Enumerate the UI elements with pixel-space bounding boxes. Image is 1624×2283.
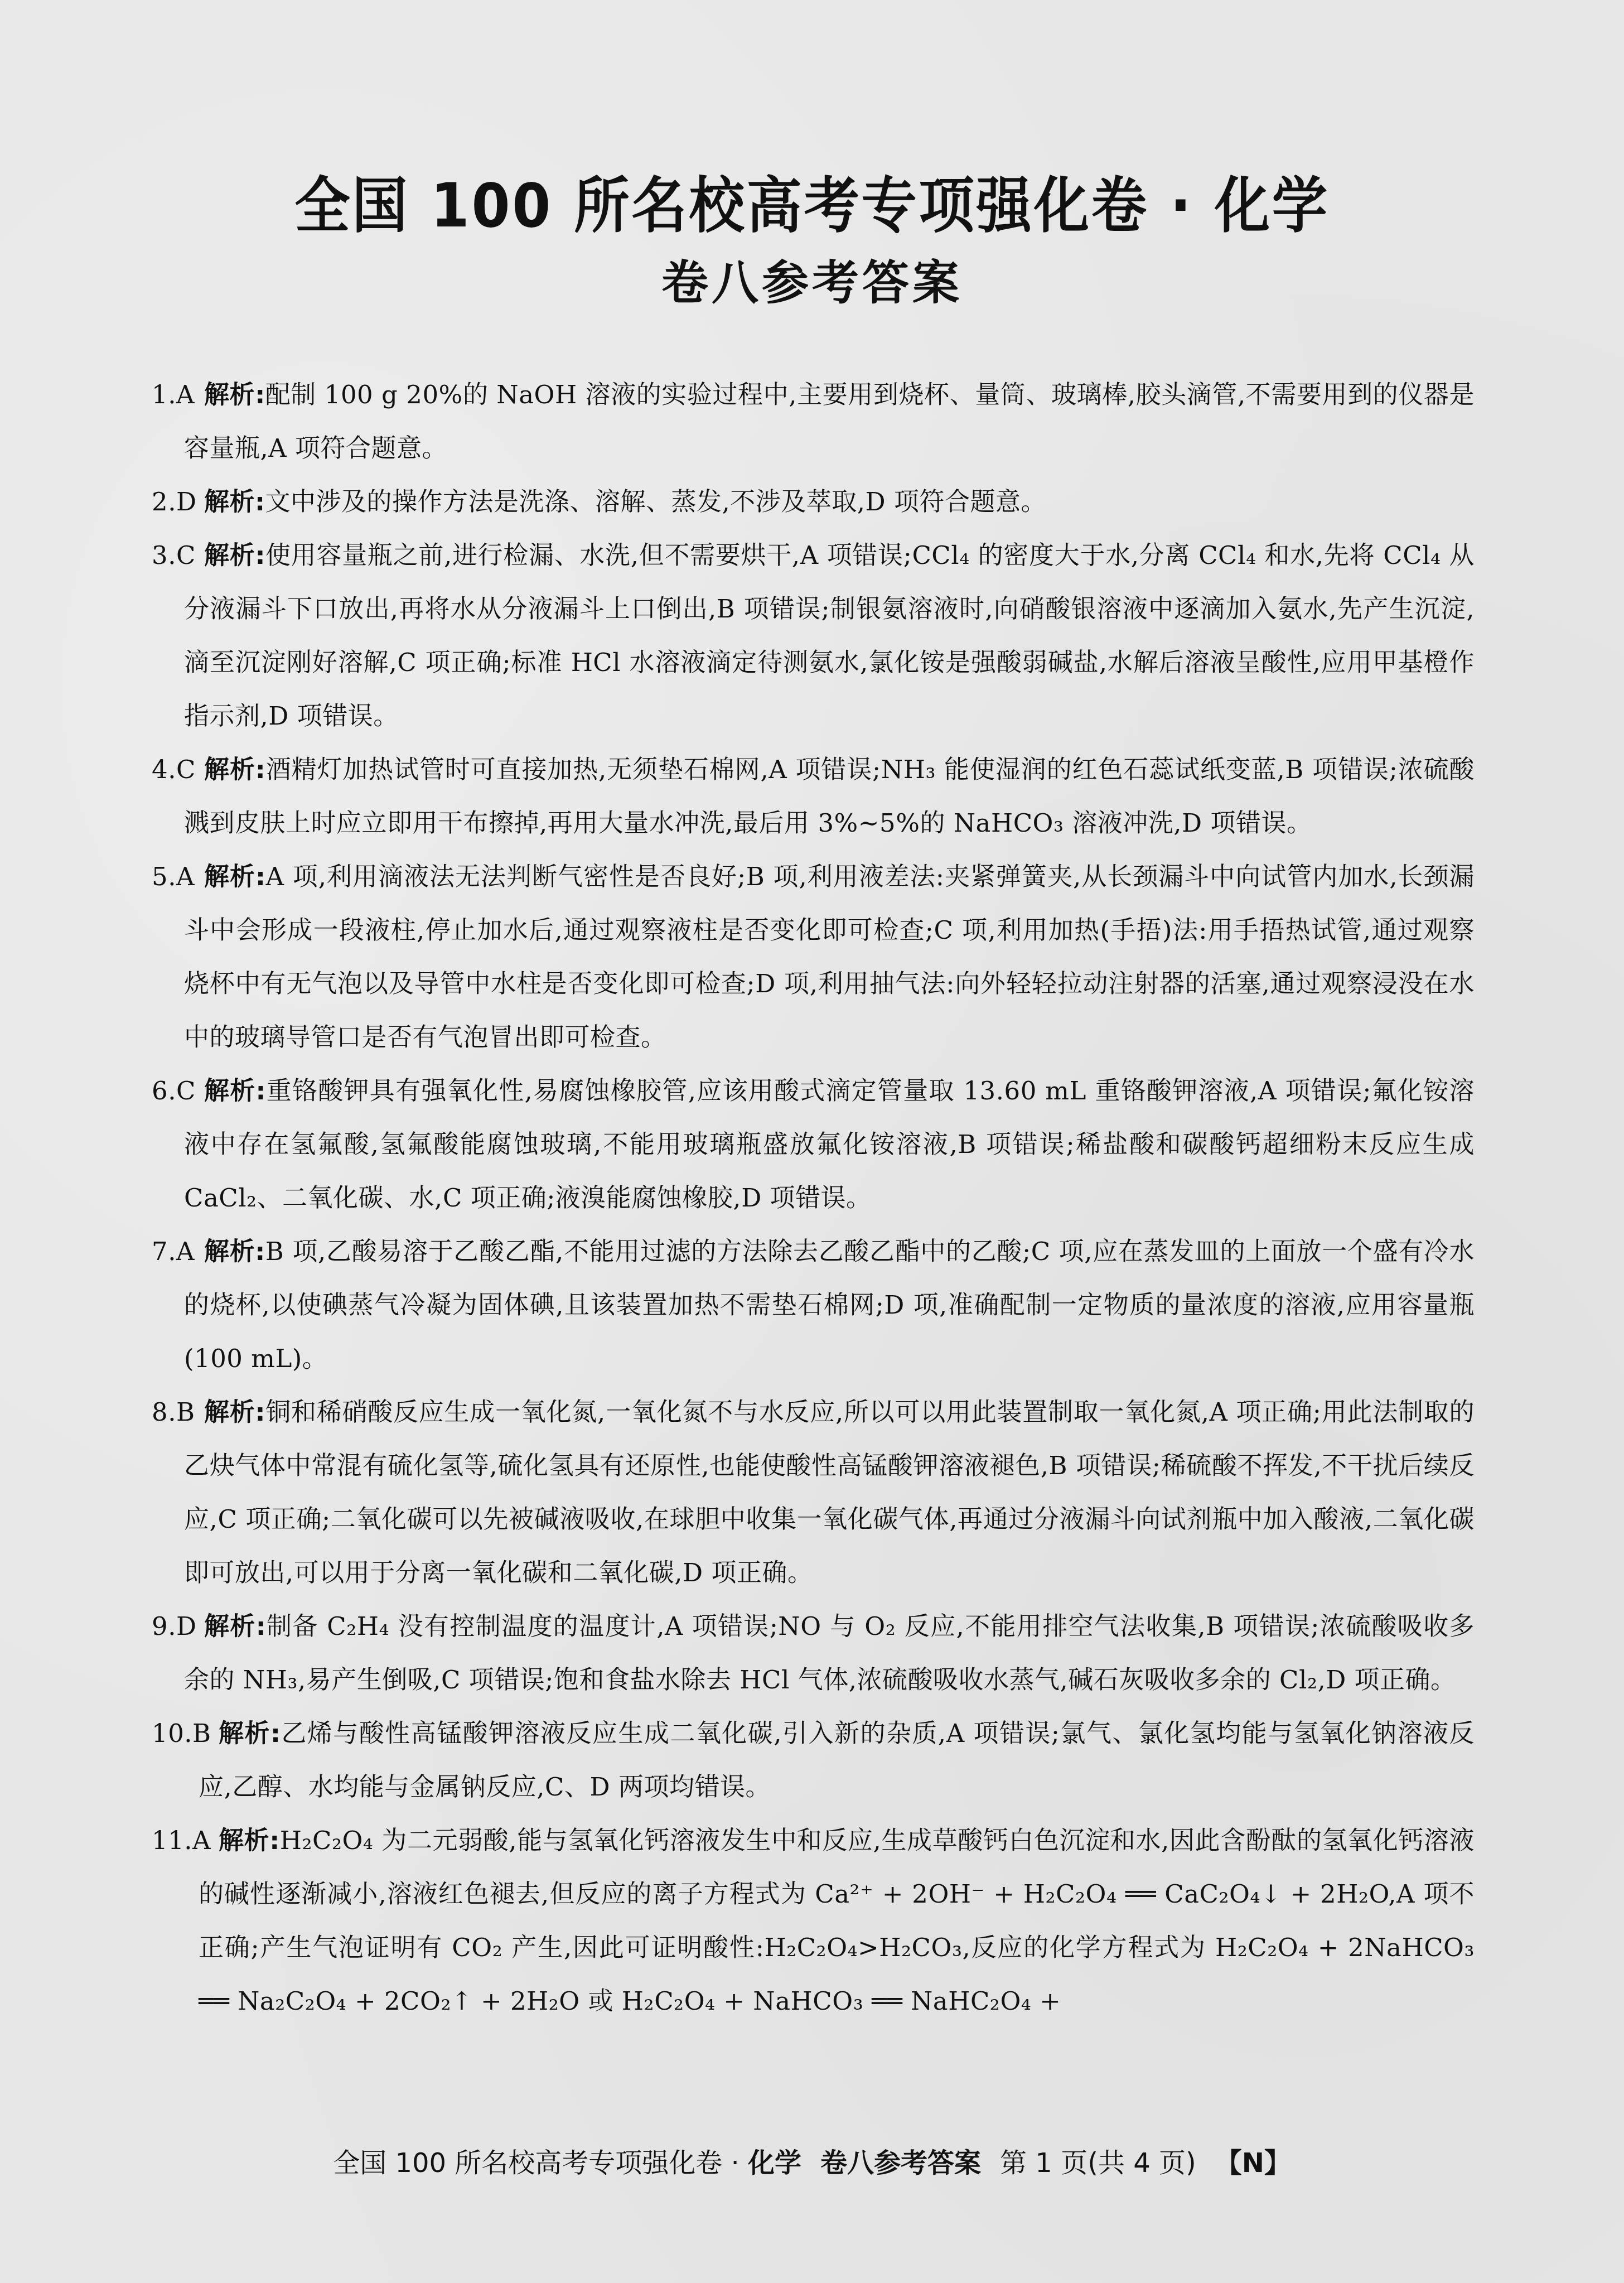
item-number-answer: 1.A <box>152 368 195 422</box>
analysis-label: 解析: <box>204 487 265 517</box>
item-number-answer: 5.A <box>152 850 195 904</box>
answer-item-6: 6.C 解析:重铬酸钾具有强氧化性,易腐蚀橡胶管,应该用酸式滴定管量取 13.6… <box>152 1064 1475 1225</box>
page-footer: 全国 100 所名校高考专项强化卷 · 化学卷八参考答案第 1 页(共 4 页)… <box>0 2141 1624 2185</box>
analysis-text: B 项,乙酸易溶于乙酸乙酯,不能用过滤的方法除去乙酸乙酯中的乙酸;C 项,应在蒸… <box>184 1237 1475 1373</box>
analysis-text: 酒精灯加热试管时可直接加热,无须垫石棉网,A 项错误;NH₃ 能使湿润的红色石蕊… <box>184 755 1475 838</box>
item-number-answer: 9.D <box>152 1600 197 1653</box>
answer-item-7: 7.A 解析:B 项,乙酸易溶于乙酸乙酯,不能用过滤的方法除去乙酸乙酯中的乙酸;… <box>152 1225 1475 1386</box>
footer-page-info: 第 1 页(共 4 页) <box>1000 2147 1196 2179</box>
analysis-label: 解析: <box>204 862 266 891</box>
analysis-text: 制备 C₂H₄ 没有控制温度的温度计,A 项错误;NO 与 O₂ 反应,不能用排… <box>184 1611 1475 1695</box>
footer-subject: 化学 <box>748 2147 801 2179</box>
footer-code: 【N】 <box>1215 2147 1291 2179</box>
item-number-answer: 2.D <box>152 475 197 529</box>
analysis-label: 解析: <box>204 1397 265 1427</box>
answer-item-9: 9.D 解析:制备 C₂H₄ 没有控制温度的温度计,A 项错误;NO 与 O₂ … <box>152 1600 1475 1707</box>
item-number-answer: 3.C <box>152 529 196 582</box>
analysis-label: 解析: <box>204 1611 266 1641</box>
answer-item-3: 3.C 解析:使用容量瓶之前,进行检漏、水洗,但不需要烘干,A 项错误;CCl₄… <box>152 529 1475 743</box>
analysis-label: 解析: <box>204 755 265 784</box>
footer-volume: 卷八参考答案 <box>820 2147 981 2179</box>
analysis-label: 解析: <box>204 1076 266 1106</box>
analysis-text: 铜和稀硝酸反应生成一氧化氮,一氧化氮不与水反应,所以可以用此装置制取一氧化氮,A… <box>184 1397 1475 1587</box>
item-number-answer: 10.B <box>152 1707 211 1760</box>
page-subtitle: 卷八参考答案 <box>0 252 1624 313</box>
answer-list: 1.A 解析:配制 100 g 20%的 NaOH 溶液的实验过程中,主要用到烧… <box>152 368 1475 2028</box>
analysis-text: 配制 100 g 20%的 NaOH 溶液的实验过程中,主要用到烧杯、量筒、玻璃… <box>184 380 1475 463</box>
analysis-text: 乙烯与酸性高锰酸钾溶液反应生成二氧化碳,引入新的杂质,A 项错误;氯气、氯化氢均… <box>199 1719 1475 1802</box>
analysis-label: 解析: <box>204 1237 265 1266</box>
analysis-text: 重铬酸钾具有强氧化性,易腐蚀橡胶管,应该用酸式滴定管量取 13.60 mL 重铬… <box>184 1076 1475 1213</box>
analysis-label: 解析: <box>204 380 265 409</box>
page-title: 全国 100 所名校高考专项强化卷 · 化学 <box>65 167 1559 245</box>
answer-item-8: 8.B 解析:铜和稀硝酸反应生成一氧化氮,一氧化氮不与水反应,所以可以用此装置制… <box>152 1386 1475 1600</box>
analysis-text: 使用容量瓶之前,进行检漏、水洗,但不需要烘干,A 项错误;CCl₄ 的密度大于水… <box>184 540 1475 731</box>
analysis-label: 解析: <box>219 1826 280 1855</box>
item-number-answer: 7.A <box>152 1225 195 1278</box>
answer-item-1: 1.A 解析:配制 100 g 20%的 NaOH 溶液的实验过程中,主要用到烧… <box>152 368 1475 475</box>
analysis-text: A 项,利用滴液法无法判断气密性是否良好;B 项,利用液差法:夹紧弹簧夹,从长颈… <box>184 862 1475 1052</box>
item-number-answer: 8.B <box>152 1386 195 1439</box>
answer-item-11: 11.A 解析:H₂C₂O₄ 为二元弱酸,能与氢氧化钙溶液发生中和反应,生成草酸… <box>152 1814 1475 2028</box>
item-number-answer: 4.C <box>152 743 196 797</box>
analysis-text: H₂C₂O₄ 为二元弱酸,能与氢氧化钙溶液发生中和反应,生成草酸钙白色沉淀和水,… <box>199 1826 1475 2016</box>
item-number-answer: 6.C <box>152 1064 196 1118</box>
answer-item-10: 10.B 解析:乙烯与酸性高锰酸钾溶液反应生成二氧化碳,引入新的杂质,A 项错误… <box>152 1707 1475 1814</box>
analysis-label: 解析: <box>219 1719 281 1748</box>
item-number-answer: 11.A <box>152 1814 211 1867</box>
answer-item-5: 5.A 解析:A 项,利用滴液法无法判断气密性是否良好;B 项,利用液差法:夹紧… <box>152 850 1475 1064</box>
answer-item-4: 4.C 解析:酒精灯加热试管时可直接加热,无须垫石棉网,A 项错误;NH₃ 能使… <box>152 743 1475 850</box>
analysis-text: 文中涉及的操作方法是洗涤、溶解、蒸发,不涉及萃取,D 项符合题意。 <box>265 487 1047 517</box>
answer-item-2: 2.D 解析:文中涉及的操作方法是洗涤、溶解、蒸发,不涉及萃取,D 项符合题意。 <box>152 475 1475 529</box>
footer-series: 全国 100 所名校高考专项强化卷 · <box>333 2147 748 2179</box>
analysis-label: 解析: <box>204 540 265 570</box>
